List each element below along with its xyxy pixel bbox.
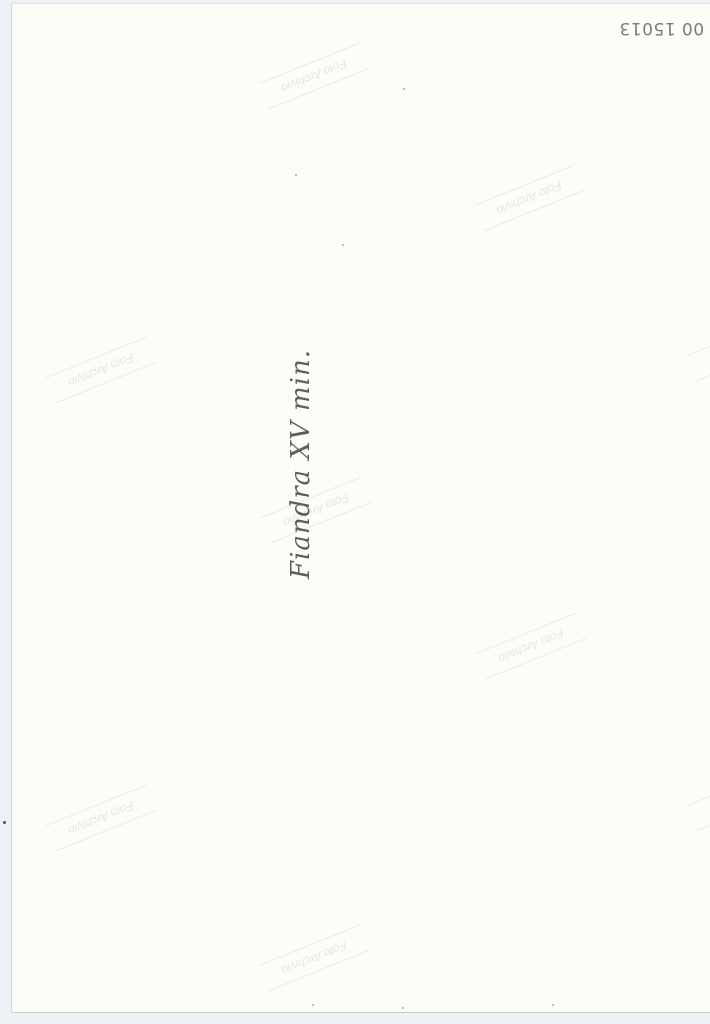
faint-stamp: Foto Archivio [259, 43, 370, 109]
dust-speck [552, 1004, 554, 1006]
faint-stamp: Foto Archivio [687, 315, 710, 381]
faint-stamp: Foto Archivio [261, 477, 372, 543]
photo-back-paper: 00 15013 Foto Archivio Foto Archivio Fot… [11, 3, 710, 1013]
faint-stamp: Foto Archivio [476, 613, 587, 679]
handwritten-note: Fiandra XV min. [286, 349, 316, 579]
reference-number: 00 15013 [619, 18, 704, 38]
faint-stamp: Foto Archivio [474, 165, 585, 231]
dust-speck [295, 174, 297, 176]
faint-stamp: Foto Archivio [687, 765, 710, 831]
dust-speck [402, 1007, 404, 1009]
faint-stamp: Foto Archivio [46, 785, 157, 851]
dust-speck [342, 244, 344, 246]
dust-speck [312, 1004, 314, 1006]
dust-speck [3, 821, 6, 824]
faint-stamp: Foto Archivio [46, 337, 157, 403]
faint-stamp: Foto Archivio [259, 925, 370, 991]
dust-speck [403, 88, 405, 90]
